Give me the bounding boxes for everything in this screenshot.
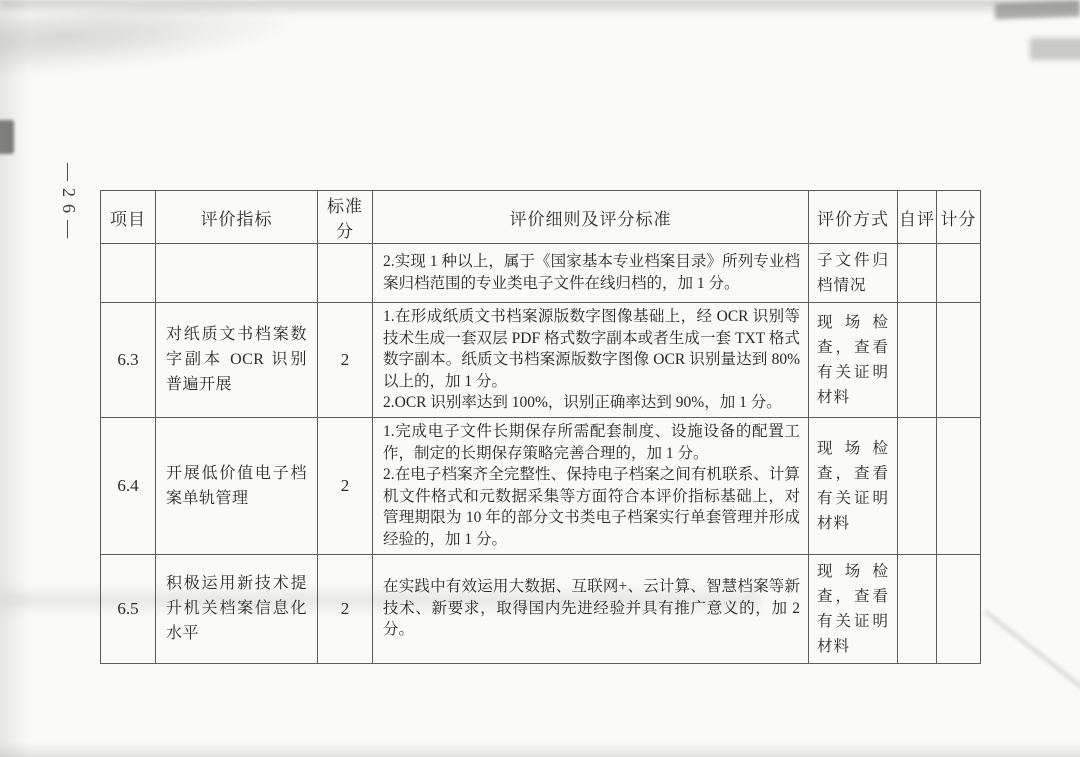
cell-self-eval [898, 417, 937, 554]
cell-indicator: 积极运用新技术提升机关档案信息化水平 [156, 554, 318, 663]
scan-crease-bottom-right [984, 610, 1080, 699]
cell-self-eval [898, 244, 937, 303]
cell-item: 6.4 [101, 417, 156, 554]
header-method: 评价方式 [809, 191, 898, 244]
cell-item: 6.3 [101, 303, 156, 418]
cell-final-score [937, 303, 981, 418]
scan-smudge-top-left [0, 0, 302, 79]
scan-shadow-left-edge [0, 0, 30, 757]
table-row: 6.5 积极运用新技术提升机关档案信息化水平 2 在实践中有效运用大数据、互联网… [101, 554, 981, 663]
cell-rules: 在实践中有效运用大数据、互联网+、云计算、智慧档案等新技术、新要求，取得国内先进… [373, 554, 809, 663]
cell-final-score [937, 417, 981, 554]
cell-indicator: 开展低价值电子档案单轨管理 [156, 417, 318, 554]
header-final-score: 计分 [937, 191, 981, 244]
cell-standard-score [318, 244, 373, 303]
scan-shadow-bottom [0, 742, 1080, 757]
cell-method: 现场检查，查看有关证明材料 [809, 303, 898, 418]
cell-rules: 2.实现 1 种以上，属于《国家基本专业档案目录》所列专业档案归档范围的专业类电… [373, 244, 809, 303]
table-header-row: 项目 评价指标 标准分 评价细则及评分标准 评价方式 自评 计分 [101, 191, 981, 244]
cell-self-eval [898, 303, 937, 418]
header-self-eval: 自评 [898, 191, 937, 244]
scan-smudge-top-right [995, 1, 1080, 20]
cell-self-eval [898, 554, 937, 663]
evaluation-table: 项目 评价指标 标准分 评价细则及评分标准 评价方式 自评 计分 2.实现 1 … [100, 190, 981, 664]
table-row: 6.3 对纸质文书档案数字副本 OCR 识别普遍开展 2 1.在形成纸质文书档案… [101, 303, 981, 418]
cell-standard-score: 2 [318, 554, 373, 663]
scan-mark-left-edge [0, 120, 14, 154]
rule-text: 2.OCR 识别率达到 100%，识别正确率达到 90%，加 1 分。 [383, 392, 800, 414]
cell-method: 子文件归档情况 [809, 244, 898, 303]
header-standard-score: 标准分 [318, 191, 373, 244]
cell-indicator: 对纸质文书档案数字副本 OCR 识别普遍开展 [156, 303, 318, 418]
rule-text: 2.在电子档案齐全完整性、保持电子档案之间有机联系、计算机文件格式和元数据采集等… [383, 464, 800, 550]
header-item: 项目 [101, 191, 156, 244]
table-row: 6.4 开展低价值电子档案单轨管理 2 1.完成电子文件长期保存所需配套制度、设… [101, 417, 981, 554]
cell-method: 现场检查，查看有关证明材料 [809, 417, 898, 554]
rule-text: 1.在形成纸质文书档案源版数字图像基础上，经 OCR 识别等技术生成一套双层 P… [383, 306, 800, 392]
scan-smudge-top-band [0, 0, 1080, 16]
cell-final-score [937, 554, 981, 663]
header-rules: 评价细则及评分标准 [373, 191, 809, 244]
cell-standard-score: 2 [318, 303, 373, 418]
page-number: —26— [58, 163, 79, 245]
cell-item [101, 244, 156, 303]
cell-method: 现场检查，查看有关证明材料 [809, 554, 898, 663]
cell-rules: 1.在形成纸质文书档案源版数字图像基础上，经 OCR 识别等技术生成一套双层 P… [373, 303, 809, 418]
header-indicator: 评价指标 [156, 191, 318, 244]
cell-standard-score: 2 [318, 417, 373, 554]
cell-final-score [937, 244, 981, 303]
table-row: 2.实现 1 种以上，属于《国家基本专业档案目录》所列专业档案归档范围的专业类电… [101, 244, 981, 303]
cell-item: 6.5 [101, 554, 156, 663]
cell-indicator [156, 244, 318, 303]
scanned-document-page: —26— 项目 评价指标 标准分 评价细则及评分标准 评价方式 自评 计分 [0, 0, 1080, 757]
cell-rules: 1.完成电子文件长期保存所需配套制度、设施设备的配置工作，制定的长期保存策略完善… [373, 417, 809, 554]
rule-text: 1.完成电子文件长期保存所需配套制度、设施设备的配置工作，制定的长期保存策略完善… [383, 421, 800, 464]
rule-text: 在实践中有效运用大数据、互联网+、云计算、智慧档案等新技术、新要求，取得国内先进… [383, 576, 800, 641]
scan-smudge-top-right-2 [1030, 38, 1080, 60]
rule-text: 2.实现 1 种以上，属于《国家基本专业档案目录》所列专业档案归档范围的专业类电… [383, 251, 800, 294]
